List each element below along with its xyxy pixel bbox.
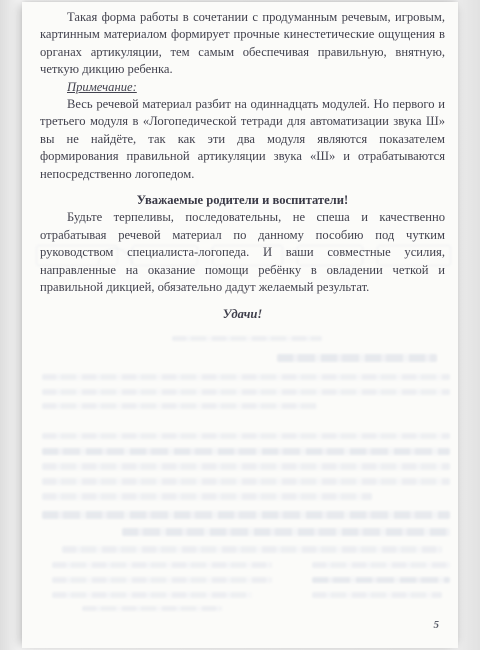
bleed-through-line [312,592,442,598]
note-label: Примечание: [40,79,445,96]
bleed-through-line [42,478,450,485]
page-number: 5 [434,619,440,631]
bleed-through-line [42,448,450,455]
bleed-through-line [52,562,272,568]
farewell-text: Удачи! [40,306,445,323]
bleed-through-line [82,606,222,611]
bleed-through-line [52,577,272,583]
bleed-through-line [52,592,252,598]
book-page: Такая форма работы в сочетании с продума… [22,2,458,648]
section-heading: Уважаемые родители и воспитатели! [40,192,445,209]
bleed-through-line [42,389,450,395]
bleed-through-line [62,546,442,553]
bleed-through-line [42,511,450,519]
bleed-through-line [312,562,450,568]
bleed-through-line [312,577,450,583]
bleed-through-line [42,493,372,500]
bleed-through-line [42,403,317,409]
bleed-through-line [172,336,322,341]
bleed-through-line [122,528,450,536]
intro-paragraph: Такая форма работы в сочетании с продума… [40,9,445,79]
bleed-through-line [42,433,450,439]
page-content: Такая форма работы в сочетании с продума… [22,2,458,323]
advice-paragraph: Будьте терпеливы, последовательны, не сп… [40,209,445,296]
note-paragraph: Весь речевой материал разбит на одиннадц… [40,96,445,183]
bleed-through-line [42,463,450,470]
note-label-text: Примечание: [67,80,137,94]
bleed-through-line [277,354,437,362]
bleed-through-line [42,374,450,380]
